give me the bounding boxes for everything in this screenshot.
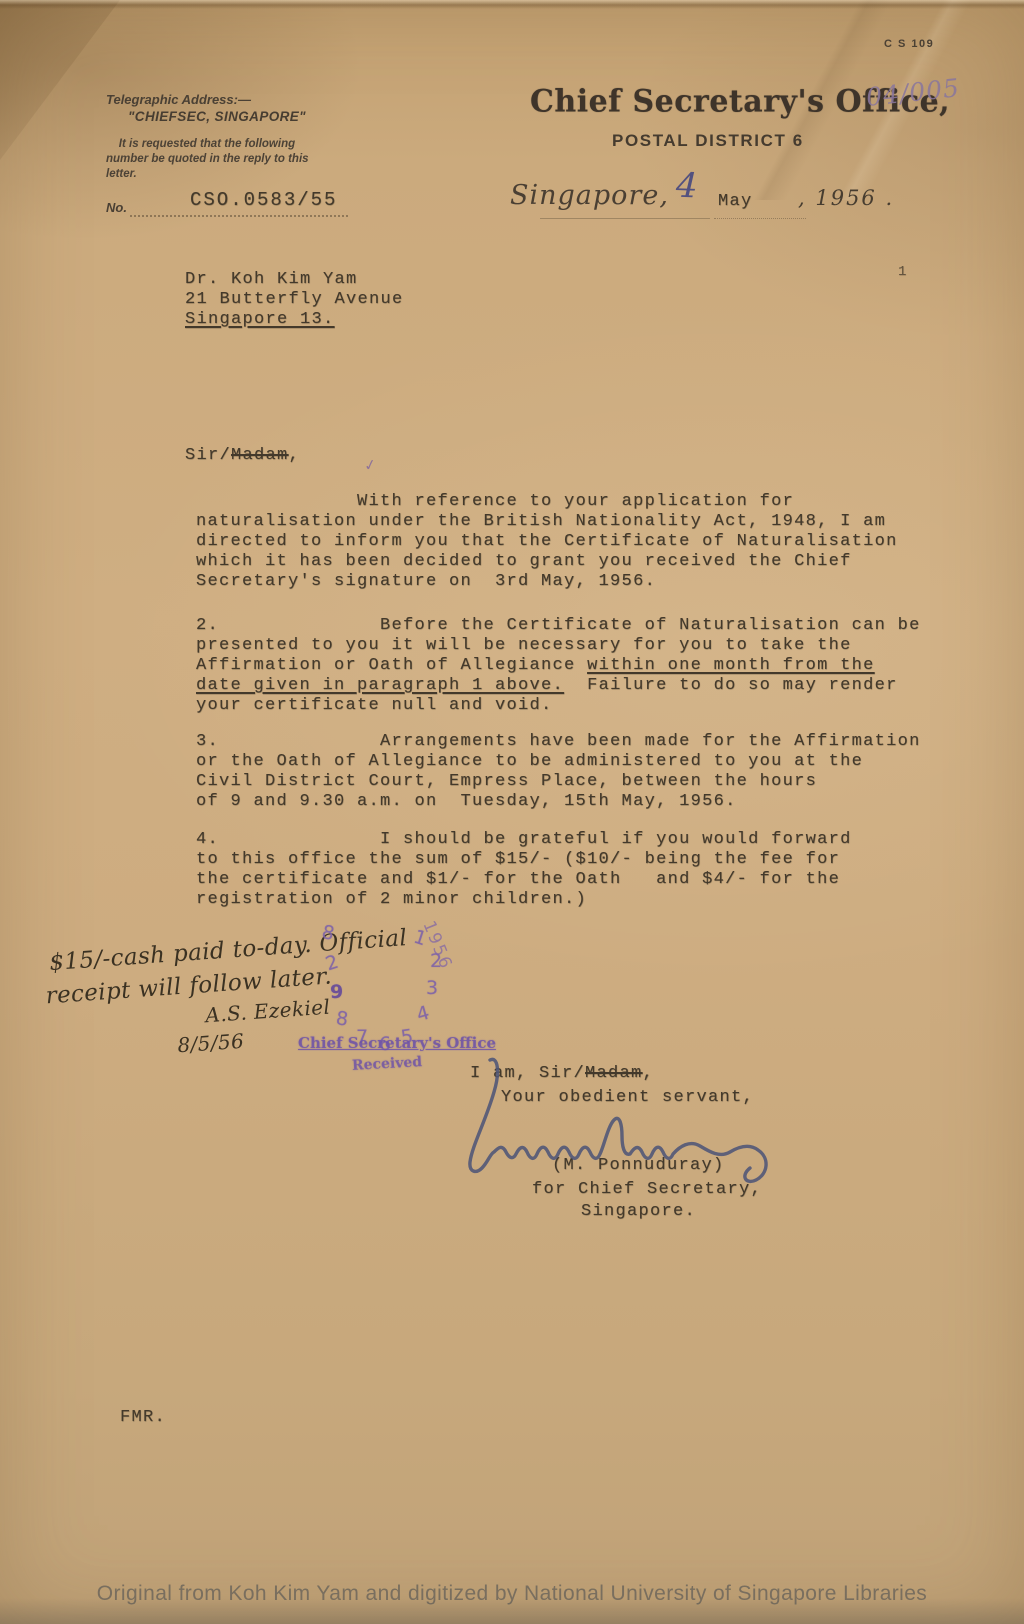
letter-page: C S 109 Telegraphic Address:— "CHIEFSEC,… [0, 0, 1024, 1624]
salutation-suffix: , [289, 446, 301, 465]
date-rule [540, 204, 710, 219]
stamp-digit: 3 [426, 977, 438, 999]
quote-number-note: It is requested that the following numbe… [106, 137, 311, 182]
number-label: No. [106, 200, 127, 215]
salutation-struck-word: Madam [231, 446, 289, 465]
fold-line [0, 0, 1024, 9]
digitization-credit: Original from Koh Kim Yam and digitized … [0, 1582, 1024, 1606]
paragraph-2: 2. Before the Certificate of Naturalisat… [196, 616, 921, 716]
corner-fold [0, 0, 120, 160]
stamp-digit: 8 [335, 1007, 350, 1030]
salutation-prefix: Sir/ [185, 446, 231, 465]
recipient-street: 21 Butterfly Avenue [185, 290, 404, 309]
ink-tick-mark: ✓ [362, 455, 378, 475]
note-date: 8/5/56 [177, 1029, 245, 1058]
note-signature: A.S. Ezekiel [205, 995, 331, 1028]
stamp-year: 1956 [418, 918, 456, 973]
recipient-address: Dr. Koh Kim Yam 21 Butterfly Avenue Sing… [185, 270, 404, 330]
stray-mark: 1 [898, 262, 908, 282]
paragraph-1: With reference to your application for n… [196, 492, 898, 592]
date-month: May [718, 192, 753, 212]
form-code: C S 109 [884, 38, 934, 50]
received-stamp-label: Received [352, 1054, 423, 1074]
paragraph-4: 4. I should be grateful if you would for… [196, 830, 852, 910]
date-year: , 1956 . [798, 186, 894, 210]
stamp-digit: 9 [330, 981, 343, 1003]
note-line-1: $15/-cash paid to-day. Official [48, 925, 408, 976]
salutation: Sir/Madam, [185, 446, 300, 466]
file-number: CSO.0583/55 [190, 190, 337, 210]
recipient-city: Singapore 13. [185, 310, 335, 329]
paragraph-3: 3. Arrangements have been made for the A… [196, 732, 921, 812]
telegraphic-address-value: "CHIEFSEC, SINGAPORE" [128, 109, 306, 124]
signature [424, 1048, 804, 1218]
recipient-name: Dr. Koh Kim Yam [185, 270, 358, 289]
handwritten-day: 4 [675, 166, 698, 207]
postal-district: POSTAL DISTRICT 6 [612, 131, 804, 151]
handwritten-payment-note: $15/-cash paid to-day. Official receipt … [41, 921, 460, 950]
typist-initials: FMR. [120, 1408, 166, 1428]
stamp-digit: 4 [414, 1002, 432, 1026]
telegraphic-address-label: Telegraphic Address:— [106, 92, 251, 107]
